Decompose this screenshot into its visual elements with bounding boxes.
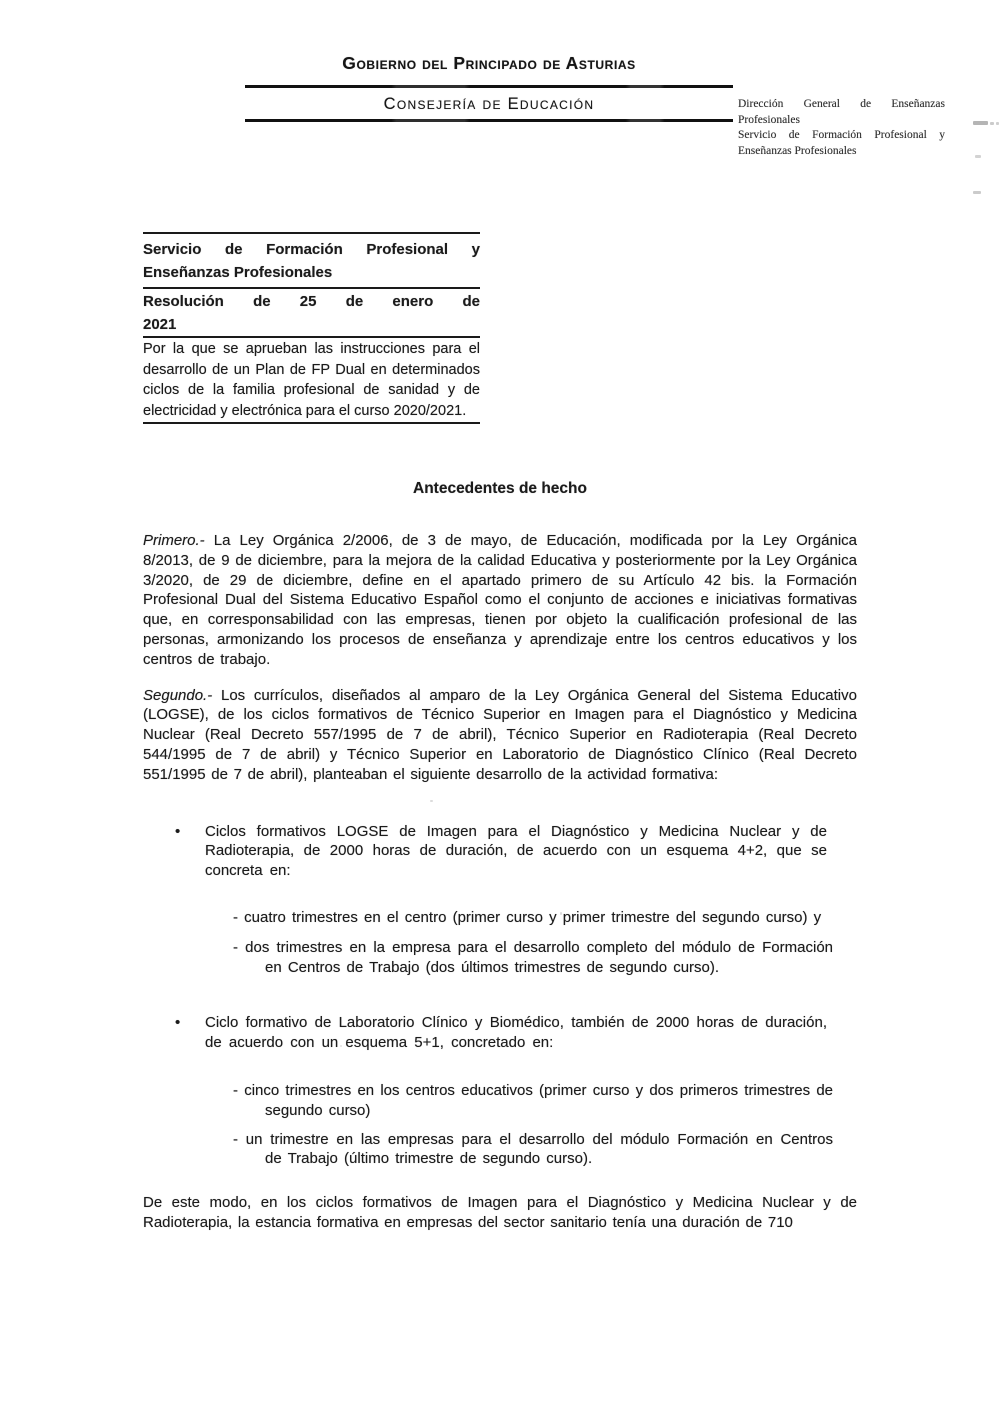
scanned-document-page: Gobierno del Principado de Asturias Cons… (0, 0, 1000, 1415)
scan-artifact (973, 121, 988, 125)
sub-item-cuatro-trimestres: - cuatro trimestres en el centro (primer… (233, 908, 833, 928)
sub-item-un-trimestre: - un trimestre en las empresas para el d… (233, 1130, 833, 1170)
paragraph-segundo-lead: Segundo.- (143, 687, 212, 704)
scan-artifact (430, 800, 433, 802)
bullet-item-text: Ciclo formativo de Laboratorio Clínico y… (205, 1014, 827, 1051)
summary-service-title: Servicio de Formación Profesional y Ense… (143, 234, 480, 289)
summary-resolution-title: Resolución de 25 de enero de 2021 (143, 289, 480, 338)
letterhead-rule-bottom (245, 119, 733, 122)
paragraph-primero: Primero.- La Ley Orgánica 2/2006, de 3 d… (143, 531, 857, 670)
paragraph-primero-text: La Ley Orgánica 2/2006, de 3 de mayo, de… (143, 532, 857, 668)
scan-artifact (990, 122, 994, 125)
bullet-marker-icon: • (175, 1013, 180, 1033)
sub-item-cinco-trimestres: - cinco trimestres en los centros educat… (233, 1081, 833, 1121)
office-line-service: Servicio de Formación Profesional y Ense… (738, 128, 945, 159)
document-body: Antecedentes de hecho Primero.- La Ley O… (143, 478, 857, 1233)
bullet-item-logse-imagen: • Ciclos formativos LOGSE de Imagen para… (175, 822, 827, 881)
letterhead: Gobierno del Principado de Asturias Cons… (245, 50, 733, 122)
scan-artifact (975, 155, 981, 158)
paragraph-segundo-text: Los currículos, diseñados al amparo de l… (143, 687, 857, 783)
bullet-marker-icon: • (175, 822, 180, 842)
bullet-item-text: Ciclos formativos LOGSE de Imagen para e… (205, 823, 827, 880)
bullet-item-laboratorio: • Ciclo formativo de Laboratorio Clínico… (175, 1013, 827, 1053)
closing-paragraph: De este modo, en los ciclos formativos d… (143, 1193, 857, 1233)
paragraph-segundo: Segundo.- Los currículos, diseñados al a… (143, 686, 857, 785)
resolution-summary-box: Servicio de Formación Profesional y Ense… (143, 232, 480, 424)
office-address-block: Dirección General de Enseñanzas Profesio… (738, 97, 945, 159)
sub-item-dos-trimestres: - dos trimestres en la empresa para el d… (233, 938, 833, 978)
scan-artifact (560, 912, 562, 915)
department-title: Consejería de Educación (245, 88, 733, 119)
office-line-directorate: Dirección General de Enseñanzas Profesio… (738, 97, 945, 128)
paragraph-primero-lead: Primero.- (143, 532, 205, 549)
scan-artifact (973, 191, 981, 194)
scan-artifact (996, 122, 999, 125)
scan-artifact (340, 1045, 342, 1047)
summary-abstract: Por la que se aprueban las instrucciones… (143, 338, 480, 422)
government-title: Gobierno del Principado de Asturias (245, 50, 733, 76)
section-heading-antecedentes: Antecedentes de hecho (143, 478, 857, 500)
